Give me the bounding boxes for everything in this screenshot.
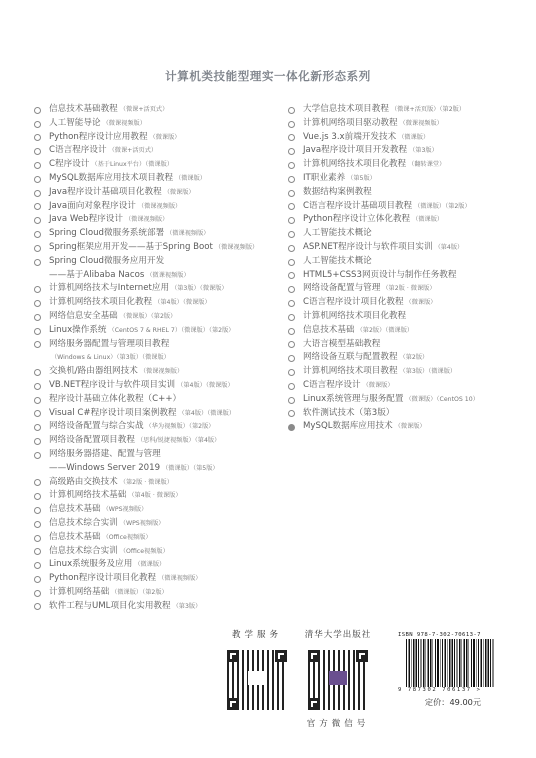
circle-bullet-icon — [34, 341, 41, 348]
book-title: Java Web程序设计 — [49, 214, 123, 224]
circle-bullet-icon — [288, 397, 295, 404]
book-list-item: 网络服务器搭建、配置与管理 — [33, 448, 283, 462]
book-edition-note: （第3版）（微课版） — [171, 285, 228, 292]
book-title: 软件测试技术（第3版） — [303, 408, 394, 418]
book-edition-note: （第3版）（微课版） — [400, 368, 457, 375]
book-title: ——基于Alibaba Nacos — [49, 270, 144, 280]
book-list-item: Linux系统服务及应用（微课版） — [33, 558, 283, 572]
circle-bullet-icon — [34, 576, 41, 583]
book-edition-note: （微课视频版） — [146, 272, 189, 279]
book-list-item: 网络信息安全基础（微课版）（第2版） — [33, 310, 283, 324]
book-edition-note: （微课视频版） — [215, 244, 258, 251]
book-title: 计算机网络基础 — [49, 587, 109, 597]
circle-bullet-icon — [34, 479, 41, 486]
circle-bullet-icon — [34, 286, 41, 293]
book-list-item: C语言程序设计基础项目教程（微课版）（第2版） — [287, 200, 532, 214]
book-edition-note: （第3版） — [173, 603, 202, 610]
book-list-item: 信息技术基础教程（微课+活页式） — [33, 103, 283, 117]
book-title: 大学信息技术项目教程 — [303, 104, 389, 114]
circle-bullet-icon — [34, 397, 41, 404]
circle-bullet-icon — [34, 107, 41, 114]
qr-publisher: 清华大学出版社 官方微信号 — [298, 628, 378, 729]
circle-bullet-icon — [34, 300, 41, 307]
book-list-item: 计算机网络技术基础（第4版 · 微课版） — [33, 489, 283, 503]
circle-bullet-icon — [34, 603, 41, 610]
book-edition-note: （微课版）（第2版） — [111, 589, 168, 596]
book-edition-note: （微课版）（第5版） — [162, 465, 219, 472]
book-title: 计算机网络技术基础 — [49, 490, 126, 500]
book-title: C程序设计 — [49, 159, 89, 169]
book-edition-note: （微课视频版） — [140, 368, 183, 375]
circle-bullet-icon — [34, 121, 41, 128]
circle-bullet-icon — [34, 245, 41, 252]
book-title: 信息技术综合实训 — [49, 546, 118, 556]
book-title: 计算机网络项目驱动教程 — [303, 118, 398, 128]
book-edition-note: （微课版） — [398, 134, 429, 141]
book-title: 数据结构案例教程 — [303, 187, 372, 197]
book-list-item: VB.NET程序设计与软件项目实训（第4版）（微课版） — [33, 379, 283, 393]
circle-bullet-icon — [34, 438, 41, 445]
circle-bullet-icon — [288, 217, 295, 224]
book-list-item: 交换机/路由器组网技术（微课视频版） — [33, 365, 283, 379]
book-list-item: 计算机网络基础（微课版）（第2版） — [33, 586, 283, 600]
book-edition-note: （微课版） — [412, 216, 443, 223]
isbn-text: ISBN 978-7-302-70613-7 — [398, 632, 508, 638]
circle-bullet-icon — [288, 203, 295, 210]
book-title: 信息技术基础 — [303, 325, 355, 335]
book-list-left: 信息技术基础教程（微课+活页式）人工智能导论（微课视频版）Python程序设计应… — [33, 103, 283, 613]
book-edition-note: （微课视频版） — [166, 230, 209, 237]
book-edition-note: （微课+活页式） — [120, 106, 169, 113]
book-edition-note: （WPS视频版） — [103, 506, 148, 513]
book-edition-note: （Office视频版） — [120, 548, 169, 555]
circle-bullet-icon — [34, 562, 41, 569]
book-list-item: Python程序设计立体化教程（微课版） — [287, 213, 532, 227]
barcode-icon — [406, 639, 494, 687]
book-title: 信息技术基础 — [49, 504, 101, 514]
qr-teaching-service: 教学服务 — [222, 628, 292, 710]
book-title: 网络服务器搭建、配置与管理 — [49, 449, 161, 459]
book-list-item: Spring Cloud微服务系统部署（微课视频版） — [33, 227, 283, 241]
circle-bullet-icon — [34, 259, 41, 266]
circle-bullet-icon — [34, 452, 41, 459]
book-edition-note: （第5版） — [347, 175, 376, 182]
book-edition-note: （微课版） — [164, 189, 195, 196]
circle-bullet-icon — [34, 493, 41, 500]
book-title: Linux系统服务及应用 — [49, 559, 132, 569]
circle-bullet-icon — [34, 590, 41, 597]
book-title: Java面向对象程序设计 — [49, 201, 136, 211]
book-edition-note: （微课版） — [134, 561, 165, 568]
book-edition-note: （微课版）（CentOS 10） — [406, 396, 479, 403]
book-title: VB.NET程序设计与软件项目实训 — [49, 380, 175, 390]
book-title: 人工智能导论 — [49, 118, 101, 128]
circle-bullet-icon — [288, 259, 295, 266]
book-list-item: IT职业素养（第5版） — [287, 172, 532, 186]
book-edition-note: （Office视频版） — [103, 534, 152, 541]
book-list-item: C语言程序设计（微课版） — [287, 379, 532, 393]
book-edition-note: （华为视频版）（第2版） — [146, 423, 215, 430]
book-title: Spring Cloud微服务应用开发 — [49, 256, 164, 266]
book-edition-note: （第4版 · 微课版） — [128, 492, 181, 499]
book-list-item: Python程序设计项目化教程（微课视频版） — [33, 572, 283, 586]
circle-bullet-icon — [34, 424, 41, 431]
book-list-item: Java程序设计基础项目化教程（微课版） — [33, 186, 283, 200]
book-edition-note: （微课版） — [175, 175, 206, 182]
book-title: Python程序设计立体化教程 — [303, 214, 410, 224]
filled-circle-bullet-icon — [288, 424, 295, 431]
book-list-item: 网络设备互联与配置教程（第2版） — [287, 351, 532, 365]
book-edition-note: （第4版） — [435, 244, 464, 251]
book-edition-note: （微课视频版） — [103, 120, 146, 127]
book-title: 信息技术基础 — [49, 532, 101, 542]
book-list-item: 信息技术综合实训（Office视频版） — [33, 545, 283, 559]
circle-bullet-icon — [288, 245, 295, 252]
book-title: 计算机网络技术项目化教程 — [303, 159, 406, 169]
book-edition-note: （基于Linux平台）（微课版） — [91, 161, 173, 168]
circle-bullet-icon — [288, 107, 295, 114]
book-list-item: 网络设备配置与综合实战（华为视频版）（第2版） — [33, 420, 283, 434]
book-title: Python程序设计应用教程 — [49, 132, 148, 142]
book-list-item: Java程序设计项目开发教程（第3版） — [287, 144, 532, 158]
book-edition-note: （思科/锐捷视频版）（第4版） — [137, 437, 220, 444]
book-edition-note: （第2版） — [400, 354, 429, 361]
circle-bullet-icon — [288, 383, 295, 390]
book-list-item: Spring Cloud微服务应用开发 — [33, 255, 283, 269]
circle-bullet-icon — [34, 521, 41, 528]
book-list-item: （Windows & Linux）（第3版）（微课版） — [33, 351, 283, 365]
book-list-item: C语言程序设计（微课+活页式） — [33, 144, 283, 158]
book-list-item: C程序设计（基于Linux平台）（微课版） — [33, 158, 283, 172]
book-list-item: 信息技术基础（WPS视频版） — [33, 503, 283, 517]
circle-bullet-icon — [288, 300, 295, 307]
book-title: Java程序设计项目开发教程 — [303, 145, 407, 155]
book-edition-note: （第2版 · 微课版） — [120, 479, 173, 486]
book-title: C语言程序设计项目化教程 — [303, 297, 404, 307]
book-edition-note: （微课视频版） — [138, 203, 181, 210]
book-list-item: Linux系统管理与服务配置（微课版）（CentOS 10） — [287, 393, 532, 407]
book-title: Java程序设计基础项目化教程 — [49, 187, 162, 197]
circle-bullet-icon — [288, 148, 295, 155]
book-list-item: 人工智能导论（微课视频版） — [33, 117, 283, 131]
book-edition-note: （第2版 · 微课版） — [382, 285, 435, 292]
book-list-item: Python程序设计应用教程（微课版） — [33, 131, 283, 145]
book-title: 信息技术综合实训 — [49, 518, 118, 528]
circle-bullet-icon — [34, 548, 41, 555]
book-edition-note: （微课视频版） — [400, 120, 443, 127]
book-edition-note: （微课视频版） — [158, 575, 201, 582]
book-edition-note: （第4版）（微课版） — [179, 410, 236, 417]
circle-bullet-icon — [288, 162, 295, 169]
circle-bullet-icon — [288, 134, 295, 141]
book-list-item: Vue.js 3.x前端开发技术（微课版） — [287, 131, 532, 145]
book-title: 人工智能技术概论 — [303, 228, 372, 238]
book-title: HTML5+CSS3网页设计与制作任务教程 — [303, 270, 457, 280]
book-title: 计算机网络技术与Internet应用 — [49, 283, 169, 293]
book-edition-note: （WPS视频版） — [120, 520, 165, 527]
book-list-item: 软件工程与UML项目化实用教程（第3版） — [33, 600, 283, 614]
circle-bullet-icon — [34, 148, 41, 155]
book-list-item: 计算机网络技术与Internet应用（第3版）（微课版） — [33, 282, 283, 296]
book-list-item: 软件测试技术（第3版） — [287, 407, 532, 421]
book-list-item: Visual C#程序设计项目案例教程（第4版）（微课版） — [33, 407, 283, 421]
book-list-item: 人工智能技术概论 — [287, 255, 532, 269]
book-list-item: Linux操作系统（CentOS 7 & RHEL 7）（微课版）（第2版） — [33, 324, 283, 338]
book-title: 网络设备配置项目教程 — [49, 435, 135, 445]
book-title: ——Windows Server 2019 — [49, 463, 160, 473]
circle-bullet-icon — [34, 217, 41, 224]
book-list-item: MySQL数据库应用技术（微课版） — [287, 420, 532, 434]
book-title: 大语言模型基础教程 — [303, 339, 380, 349]
qr-code-icon — [227, 650, 287, 710]
circle-bullet-icon — [288, 121, 295, 128]
book-title: Spring Cloud微服务系统部署 — [49, 228, 164, 238]
qr-code-icon — [308, 650, 368, 710]
book-list-item: Java面向对象程序设计（微课视频版） — [33, 200, 283, 214]
circle-bullet-icon — [288, 176, 295, 183]
logo-icon — [248, 671, 266, 685]
book-title: 网络信息安全基础 — [49, 311, 118, 321]
publisher-logo-icon — [329, 671, 347, 685]
book-edition-note: （微课视频版） — [125, 216, 168, 223]
book-edition-note: （第4版）（微课版） — [177, 382, 234, 389]
book-list-item: 信息技术基础（第2版）（微课版） — [287, 324, 532, 338]
circle-bullet-icon — [34, 314, 41, 321]
circle-bullet-icon — [34, 231, 41, 238]
book-edition-note: （微课+活页版）（第2版） — [391, 106, 465, 113]
book-list-item: 数据结构案例教程 — [287, 186, 532, 200]
book-list-item: ——基于Alibaba Nacos（微课视频版） — [33, 269, 283, 283]
book-title: 交换机/路由器组网技术 — [49, 366, 138, 376]
book-list-item: 计算机网络技术项目教程（第3版）（微课版） — [287, 365, 532, 379]
qr-label: 教学服务 — [222, 628, 292, 640]
book-edition-note: （微课版） — [363, 382, 394, 389]
circle-bullet-icon — [288, 355, 295, 362]
book-title: 网络设备互联与配置教程 — [303, 352, 398, 362]
qr-caption: 官方微信号 — [298, 717, 378, 729]
book-title: 程序设计基础立体化教程（C++） — [49, 394, 181, 404]
book-title: 网络设备配置与管理 — [303, 283, 380, 293]
book-title: ASP.NET程序设计与软件项目实训 — [303, 242, 433, 252]
book-edition-note: （翻转课堂） — [408, 161, 445, 168]
circle-bullet-icon — [34, 535, 41, 542]
circle-bullet-icon — [288, 190, 295, 197]
book-list-item: C语言程序设计项目化教程（微课版） — [287, 296, 532, 310]
circle-bullet-icon — [288, 286, 295, 293]
circle-bullet-icon — [288, 231, 295, 238]
circle-bullet-icon — [34, 203, 41, 210]
price: 定价：49.00元 — [398, 697, 508, 708]
book-edition-note: （CentOS 7 & RHEL 7）（微课版）（第2版） — [109, 327, 235, 334]
book-title: Linux操作系统 — [49, 325, 107, 335]
book-title: IT职业素养 — [303, 173, 345, 183]
book-title: Vue.js 3.x前端开发技术 — [303, 132, 396, 142]
book-list-item: 信息技术综合实训（WPS视频版） — [33, 517, 283, 531]
circle-bullet-icon — [34, 328, 41, 335]
book-title: 计算机网络技术项目化教程 — [303, 311, 406, 321]
book-list-item: Spring框架应用开发——基于Spring Boot（微课视频版） — [33, 241, 283, 255]
series-title: 计算机类技能型理实一体化新形态系列 — [0, 68, 536, 84]
book-edition-note: （微课版） — [150, 134, 181, 141]
book-list-item: 大学信息技术项目教程（微课+活页版）（第2版） — [287, 103, 532, 117]
circle-bullet-icon — [34, 410, 41, 417]
book-title: 高级路由交换技术 — [49, 477, 118, 487]
book-title: MySQL数据库应用技术 — [303, 421, 393, 431]
circle-bullet-icon — [288, 341, 295, 348]
circle-bullet-icon — [288, 369, 295, 376]
book-edition-note: （第3版） — [409, 147, 438, 154]
circle-bullet-icon — [34, 162, 41, 169]
book-edition-note: （微课版）（第2版） — [120, 313, 177, 320]
ean-digits: 9 787302 706137 > — [398, 687, 508, 693]
book-list-item: 程序设计基础立体化教程（C++） — [33, 393, 283, 407]
book-edition-note: （微课版）（第2版） — [414, 203, 471, 210]
book-list-item: Java Web程序设计（微课视频版） — [33, 213, 283, 227]
book-title: 人工智能技术概论 — [303, 256, 372, 266]
circle-bullet-icon — [34, 134, 41, 141]
circle-bullet-icon — [288, 410, 295, 417]
book-title: Spring框架应用开发——基于Spring Boot — [49, 242, 213, 252]
book-list-item: ASP.NET程序设计与软件项目实训（第4版） — [287, 241, 532, 255]
book-title: 网络服务器配置与管理项目教程 — [49, 339, 169, 349]
book-list-right: 大学信息技术项目教程（微课+活页版）（第2版）计算机网络项目驱动教程（微课视频版… — [287, 103, 532, 434]
book-list-item: HTML5+CSS3网页设计与制作任务教程 — [287, 269, 532, 283]
book-list-item: 计算机网络技术项目化教程（第4版）（微课版） — [33, 296, 283, 310]
book-title: 软件工程与UML项目化实用教程 — [49, 601, 171, 611]
book-edition-note: （微课版） — [395, 423, 426, 430]
book-title: 计算机网络技术项目教程 — [303, 366, 398, 376]
book-title: C语言程序设计 — [303, 380, 361, 390]
circle-bullet-icon — [34, 369, 41, 376]
barcode-area: ISBN 978-7-302-70613-7 9 787302 706137 >… — [398, 632, 508, 708]
book-list-item: 计算机网络技术项目化教程 — [287, 310, 532, 324]
book-edition-note: （第4版）（微课版） — [154, 299, 211, 306]
circle-bullet-icon — [288, 314, 295, 321]
book-edition-note: （微课+活页式） — [109, 147, 158, 154]
circle-bullet-icon — [288, 272, 295, 279]
book-edition-note: （微课版） — [406, 299, 437, 306]
book-title: Linux系统管理与服务配置 — [303, 394, 404, 404]
book-title: 信息技术基础教程 — [49, 104, 118, 114]
book-title: MySQL数据库应用技术项目教程 — [49, 173, 173, 183]
book-list-item: ——Windows Server 2019（微课版）（第5版） — [33, 462, 283, 476]
book-list-item: 计算机网络项目驱动教程（微课视频版） — [287, 117, 532, 131]
circle-bullet-icon — [34, 176, 41, 183]
book-title: 计算机网络技术项目化教程 — [49, 297, 152, 307]
book-list-item: 大语言模型基础教程 — [287, 338, 532, 352]
book-edition-note: （Windows & Linux）（第3版）（微课版） — [51, 354, 170, 361]
circle-bullet-icon — [34, 190, 41, 197]
book-list-item: 高级路由交换技术（第2版 · 微课版） — [33, 476, 283, 490]
circle-bullet-icon — [288, 328, 295, 335]
circle-bullet-icon — [34, 507, 41, 514]
book-list-item: 计算机网络技术项目化教程（翻转课堂） — [287, 158, 532, 172]
book-list-item: 信息技术基础（Office视频版） — [33, 531, 283, 545]
book-title: C语言程序设计 — [49, 145, 107, 155]
book-title: C语言程序设计基础项目教程 — [303, 201, 412, 211]
book-title: Visual C#程序设计项目案例教程 — [49, 408, 177, 418]
book-list-item: 网络设备配置项目教程（思科/锐捷视频版）（第4版） — [33, 434, 283, 448]
book-title: 网络设备配置与综合实战 — [49, 421, 144, 431]
qr-label: 清华大学出版社 — [298, 628, 378, 640]
circle-bullet-icon — [34, 383, 41, 390]
book-list-item: 人工智能技术概论 — [287, 227, 532, 241]
book-edition-note: （第2版）（微课版） — [357, 327, 414, 334]
book-title: Python程序设计项目化教程 — [49, 573, 156, 583]
book-list-item: MySQL数据库应用技术项目教程（微课版） — [33, 172, 283, 186]
book-list-item: 网络服务器配置与管理项目教程 — [33, 338, 283, 352]
book-list-item: 网络设备配置与管理（第2版 · 微课版） — [287, 282, 532, 296]
